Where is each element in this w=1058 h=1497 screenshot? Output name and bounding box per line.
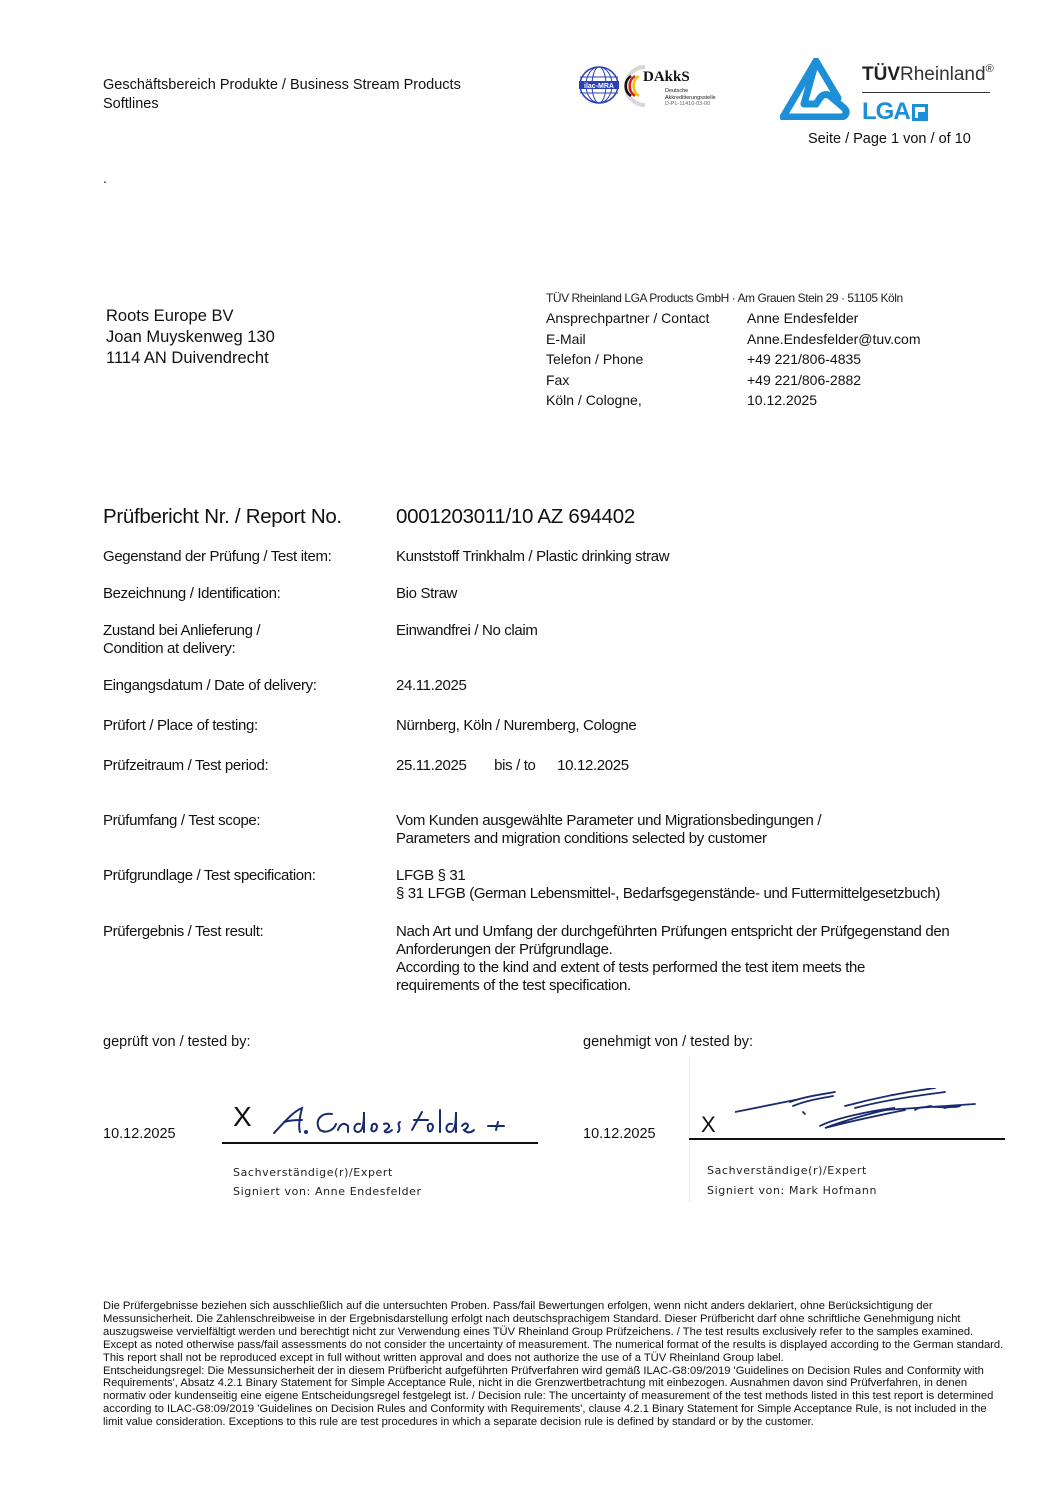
signer-role-left: Sachverständige(r)/Expert [233,1164,393,1182]
signature-anne-endesfelder-icon [272,1100,532,1145]
brand-divider [862,92,990,93]
condition-row: Zustand bei Anlieferung / Condition at d… [103,622,538,658]
registered-mark: ® [986,63,994,75]
business-stream-title: Geschäftsbereich Produkte / Business Str… [103,76,461,95]
test-scope-value: Vom Kunden ausgewählte Parameter und Mig… [396,812,821,848]
page-indicator: Seite / Page 1 von / of 10 [808,131,971,147]
test-period-label: Prüfzeitraum / Test period: [103,757,396,775]
test-specification-value: LFGB § 31 § 31 LFGB (German Lebensmittel… [396,867,940,903]
contact-block: Ansprechpartner / Contact Anne Endesfeld… [546,308,921,411]
condition-value: Einwandfrei / No claim [396,622,538,658]
email-link[interactable]: Anne.Endesfelder@tuv.com [747,329,921,350]
signer-name-left: Signiert von: Anne Endesfelder [233,1183,422,1201]
signature-mark-x-right: X [701,1112,716,1138]
test-result-value: Nach Art und Umfang der durchgeführten P… [396,923,949,995]
contact-row-fax: Fax +49 221/806-2882 [546,370,921,391]
test-period-value: 25.11.2025 bis / to 10.12.2025 [396,757,629,775]
signature-mark-hofmann-icon [735,1088,995,1143]
dakks-sub-3: D-PL-11410-03-00 [665,101,716,108]
test-result-line-2: Anforderungen der Prüfgrundlage. [396,941,949,959]
separator-dot: . [103,170,107,186]
division-name: Softlines [103,95,461,114]
recipient-city: 1114 AN Duivendrecht [106,348,275,369]
lga-box-icon [912,104,928,121]
approved-by-date: 10.12.2025 [583,1126,656,1142]
lga-text: LGA [862,98,910,126]
ilac-mra-logo-icon: ilac-MRA [578,65,620,105]
place-date-value: 10.12.2025 [747,390,817,411]
delivery-date-value: 24.11.2025 [396,677,466,695]
fax-value: +49 221/806-2882 [747,370,861,391]
fax-label: Fax [546,370,747,391]
contact-value: Anne Endesfelder [747,308,858,329]
test-result-line-3: According to the kind and extent of test… [396,959,949,977]
contact-row-date: Köln / Cologne, 10.12.2025 [546,390,921,411]
recipient-street: Joan Muyskenweg 130 [106,327,275,348]
place-of-testing-value: Nürnberg, Köln / Nuremberg, Cologne [396,717,636,735]
test-item-row: Gegenstand der Prüfung / Test item: Kuns… [103,548,669,566]
contact-row-contact: Ansprechpartner / Contact Anne Endesfeld… [546,308,921,329]
footer-disclaimer: Die Prüfergebnisse beziehen sich ausschl… [103,1300,1008,1365]
condition-label: Zustand bei Anlieferung / Condition at d… [103,622,396,658]
svg-text:ilac-MRA: ilac-MRA [584,83,614,90]
delivery-date-row: Eingangsdatum / Date of delivery: 24.11.… [103,677,466,695]
tuv-bold: TÜV [862,64,900,85]
sender-address-line: TÜV Rheinland LGA Products GmbH · Am Gra… [546,291,903,305]
footer-decision-rule: Entscheidungsregel: Die Messunsicherheit… [103,1365,1008,1430]
test-item-value: Kunststoff Trinkhalm / Plastic drinking … [396,548,669,566]
test-result-label: Prüfergebnis / Test result: [103,923,396,995]
dakks-name: DAkkS [643,69,690,86]
test-specification-line-2: § 31 LFGB (German Lebensmittel-, Bedarfs… [396,885,940,903]
test-specification-label: Prüfgrundlage / Test specification: [103,867,396,903]
test-result-line-4: requirements of the test specification. [396,977,949,995]
condition-label-line-1: Zustand bei Anlieferung / [103,622,396,640]
tuv-rheinland-brand: TÜVRheinland® LGA [862,58,1012,126]
test-result-line-1: Nach Art und Umfang der durchgeführten P… [396,923,949,941]
signature-line-left [222,1142,538,1144]
test-period-row: Prüfzeitraum / Test period: 25.11.2025 b… [103,757,629,775]
report-number-row: Prüfbericht Nr. / Report No. 0001203011/… [103,505,635,529]
test-result-row: Prüfergebnis / Test result: Nach Art und… [103,923,949,995]
signer-name-right: Signiert von: Mark Hofmann [707,1182,877,1200]
phone-label: Telefon / Phone [546,349,747,370]
recipient-company: Roots Europe BV [106,306,275,327]
condition-label-line-2: Condition at delivery: [103,640,396,658]
tuv-rheinland-wordmark: TÜVRheinland® [862,58,1012,86]
place-of-testing-label: Prüfort / Place of testing: [103,717,396,735]
business-stream-header: Geschäftsbereich Produkte / Business Str… [103,76,461,114]
contact-row-email: E-Mail Anne.Endesfelder@tuv.com [546,329,921,350]
signature-line-right [689,1138,1005,1140]
report-number-label: Prüfbericht Nr. / Report No. [103,505,396,529]
contact-row-phone: Telefon / Phone +49 221/806-4835 [546,349,921,370]
approved-by-heading: genehmigt von / tested by: [583,1034,753,1050]
tuv-rheinland: Rheinland [900,64,986,85]
signature-mark-x: X [233,1101,252,1133]
email-label: E-Mail [546,329,747,350]
delivery-date-label: Eingangsdatum / Date of delivery: [103,677,396,695]
test-period-to: 10.12.2025 [557,757,629,774]
lga-wordmark: LGA [862,98,1012,126]
identification-row: Bezeichnung / Identification: Bio Straw [103,585,457,603]
legal-footer: Die Prüfergebnisse beziehen sich ausschl… [103,1300,1008,1429]
contact-label: Ansprechpartner / Contact [546,308,747,329]
test-scope-line-1: Vom Kunden ausgewählte Parameter und Mig… [396,812,821,830]
test-period-from: 25.11.2025 [396,757,466,774]
recipient-address: Roots Europe BV Joan Muyskenweg 130 1114… [106,306,275,369]
test-scope-line-2: Parameters and migration conditions sele… [396,830,821,848]
phone-value: +49 221/806-4835 [747,349,861,370]
tuv-triangle-logo-icon [780,58,850,120]
identification-value: Bio Straw [396,585,457,603]
report-number-value: 0001203011/10 AZ 694402 [396,505,635,529]
identification-label: Bezeichnung / Identification: [103,585,396,603]
tested-by-date: 10.12.2025 [103,1126,176,1142]
signer-role-right: Sachverständige(r)/Expert [707,1162,867,1180]
test-scope-row: Prüfumfang / Test scope: Vom Kunden ausg… [103,812,821,848]
test-item-label: Gegenstand der Prüfung / Test item: [103,548,396,566]
test-specification-line-1: LFGB § 31 [396,867,940,885]
test-period-separator: bis / to [494,757,535,774]
place-of-testing-row: Prüfort / Place of testing: Nürnberg, Kö… [103,717,636,735]
tested-by-heading: geprüft von / tested by: [103,1034,251,1050]
test-scope-label: Prüfumfang / Test scope: [103,812,396,848]
dakks-logo: DAkkS Deutsche Akkreditierungsstelle D-P… [623,64,733,114]
test-specification-row: Prüfgrundlage / Test specification: LFGB… [103,867,940,903]
place-date-label: Köln / Cologne, [546,390,747,411]
